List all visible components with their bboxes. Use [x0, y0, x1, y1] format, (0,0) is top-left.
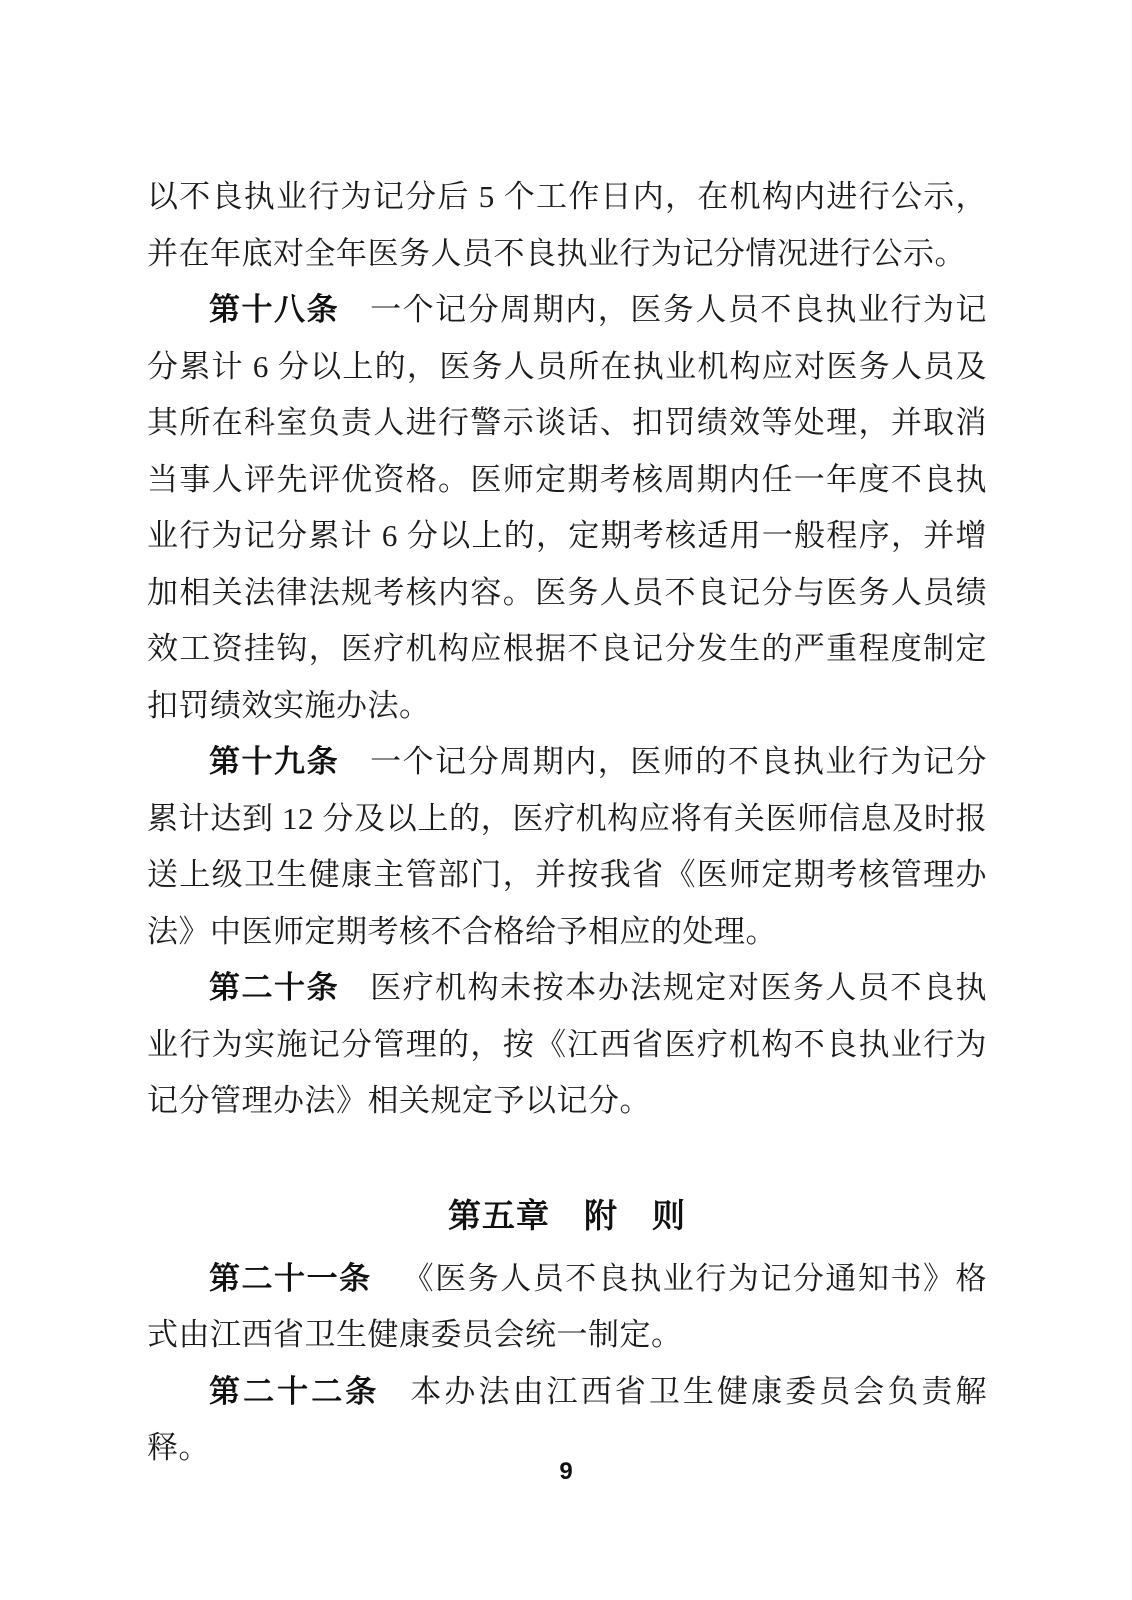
article-number: 第二十条 — [209, 970, 339, 1005]
paragraph-continuation: 以不良执业行为记分后 5 个工作日内，在机构内进行公示，并在年底对全年医务人员不… — [147, 169, 987, 282]
article-number: 第十八条 — [209, 292, 339, 327]
paragraph-text: 一个记分周期内，医务人员不良执业行为记分累计 6 分以上的，医务人员所在执业机构… — [147, 292, 987, 723]
article-paragraph-19: 第十九条一个记分周期内，医师的不良执业行为记分累计达到 12 分及以上的，医疗机… — [147, 734, 987, 960]
article-paragraph-21: 第二十一条《医务人员不良执业行为记分通知书》格式由江西省卫生健康委员会统一制定。 — [147, 1251, 987, 1364]
page-number: 9 — [0, 1458, 1132, 1486]
article-number: 第二十二条 — [209, 1374, 379, 1409]
article-number: 第二十一条 — [209, 1261, 372, 1296]
chapter-heading: 第五章 附 则 — [147, 1187, 987, 1244]
article-paragraph-20: 第二十条医疗机构未按本办法规定对医务人员不良执业行为实施记分管理的，按《江西省医… — [147, 960, 987, 1130]
article-number: 第十九条 — [209, 744, 339, 779]
document-page: 以不良执业行为记分后 5 个工作日内，在机构内进行公示，并在年底对全年医务人员不… — [0, 0, 1132, 1600]
article-paragraph-18: 第十八条一个记分周期内，医务人员不良执业行为记分累计 6 分以上的，医务人员所在… — [147, 282, 987, 734]
paragraph-text: 以不良执业行为记分后 5 个工作日内，在机构内进行公示，并在年底对全年医务人员不… — [147, 179, 987, 271]
document-body: 以不良执业行为记分后 5 个工作日内，在机构内进行公示，并在年底对全年医务人员不… — [147, 169, 987, 1477]
